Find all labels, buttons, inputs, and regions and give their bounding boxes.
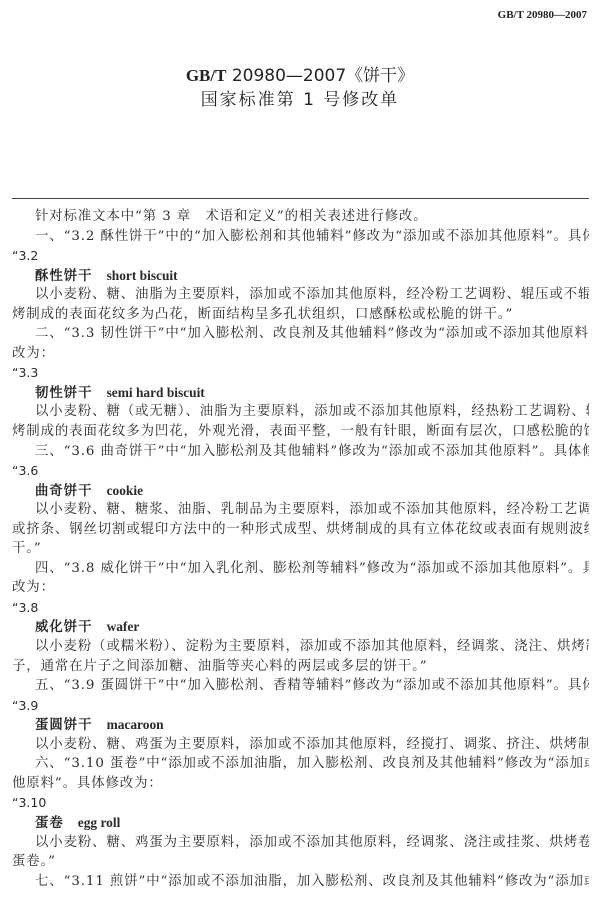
term-zh: 酥性饼干 xyxy=(35,269,93,284)
amendment-3-definition-line: 或挤条、钢丝切割或辊印方法中的一种形式成型、烘烤制成的具有立体花纹或表面有规则波… xyxy=(12,520,589,540)
amendment-1-clause: “3.2 xyxy=(12,246,589,266)
title-std-code: GB/T xyxy=(186,66,227,85)
amendment-6-instruction: 六、“3.10 蛋卷”中“添加或不添加油脂，加入膨松剂、改良剂及其他辅料”修改为… xyxy=(12,754,589,774)
amendment-3-term: 曲奇饼干cookie xyxy=(12,481,589,501)
term-en: wafer xyxy=(107,619,140,634)
amendment-3-clause: “3.6 xyxy=(12,461,589,481)
amendment-3-definition-line: 以小麦粉、糖、糖浆、油脂、乳制品为主要原料，添加或不添加其他原料，经冷粉工艺调粉… xyxy=(12,500,589,520)
term-en: egg roll xyxy=(78,815,121,830)
amendment-2-instruction-cont: 改为： xyxy=(12,344,589,364)
amendment-6-definition-line: 蛋卷。” xyxy=(12,852,589,872)
intro-paragraph: 针对标准文本中“第 3 章 术语和定义”的相关表述进行修改。 xyxy=(12,207,589,227)
term-en: cookie xyxy=(107,483,143,498)
term-zh: 威化饼干 xyxy=(35,620,93,635)
amendment-6-clause: “3.10 xyxy=(12,793,589,813)
amendment-4-instruction-cont: 改为： xyxy=(12,578,589,598)
term-en: semi hard biscuit xyxy=(107,385,205,400)
amendment-2-definition-line: 烤制成的表面花纹多为凹花，外观光滑，表面平整，一般有针眼，断面有层次，口感松脆的… xyxy=(12,422,589,442)
document-body: 针对标准文本中“第 3 章 术语和定义”的相关表述进行修改。 一、“3.2 酥性… xyxy=(12,207,589,891)
amendment-2-clause: “3.3 xyxy=(12,363,589,383)
amendment-6-instruction-cont: 他原料”。具体修改为： xyxy=(12,774,589,794)
amendment-7-instruction: 七、“3.11 煎饼”中“添加或不添加油脂，加入膨松剂、改良剂及其他辅料”修改为… xyxy=(12,872,589,892)
amendment-5-definition-line: 以小麦粉、糖、鸡蛋为主要原料，添加或不添加其他原料，经搅打、调浆、挤注、烘烤制成… xyxy=(12,735,589,755)
term-en: macaroon xyxy=(107,717,164,732)
amendment-6-definition-line: 以小麦粉、糖、鸡蛋为主要原料，添加或不添加其他原料，经调浆、浇注或挂浆、烘烤卷制… xyxy=(12,833,589,853)
amendment-2-definition-line: 以小麦粉、糖（或无糖）、油脂为主要原料，添加或不添加其他原料，经热粉工艺调粉、辊… xyxy=(12,402,589,422)
amendment-2-term: 韧性饼干semi hard biscuit xyxy=(12,383,589,403)
page-header-doc-code: GB/T 20980—2007 xyxy=(498,9,587,21)
amendment-5-instruction: 五、“3.9 蛋圆饼干”中“加入膨松剂、香精等辅料”修改为“添加或不添加其他原料… xyxy=(12,676,589,696)
term-zh: 蛋圆饼干 xyxy=(35,718,93,733)
amendment-4-term: 威化饼干wafer xyxy=(12,617,589,637)
amendment-5-term: 蛋圆饼干macaroon xyxy=(12,715,589,735)
amendment-1-definition-line: 以小麦粉、糖、油脂为主要原料，添加或不添加其他原料，经冷粉工艺调粉、辊压或不辊压… xyxy=(12,285,589,305)
title-std-rest: 20980—2007《饼干》 xyxy=(226,66,414,86)
amendment-3-instruction: 三、“3.6 曲奇饼干”中“加入膨松剂及其他辅料”修改为“添加或不添加其他原料”… xyxy=(12,442,589,462)
amendment-1-term: 酥性饼干short biscuit xyxy=(12,266,589,286)
header-divider xyxy=(12,198,589,199)
amendment-2-instruction: 二、“3.3 韧性饼干”中“加入膨松剂、改良剂及其他辅料”修改为“添加或不添加其… xyxy=(12,324,589,344)
amendment-6-term: 蛋卷egg roll xyxy=(12,813,589,833)
amendment-1-instruction: 一、“3.2 酥性饼干”中的“加入膨松剂和其他辅料”修改为“添加或不添加其他原料… xyxy=(12,227,589,247)
term-en: short biscuit xyxy=(107,268,178,283)
amendment-4-clause: “3.8 xyxy=(12,598,589,618)
term-zh: 韧性饼干 xyxy=(35,386,93,401)
amendment-4-definition-line: 子，通常在片子之间添加糖、油脂等夹心料的两层或多层的饼干。” xyxy=(12,657,589,677)
term-zh: 蛋卷 xyxy=(35,816,64,831)
amendment-1-definition-line: 烤制成的表面花纹多为凸花，断面结构呈多孔状组织，口感酥松或松脆的饼干。” xyxy=(12,305,589,325)
document-subtitle: 国家标准第 1 号修改单 xyxy=(0,88,600,112)
document-title: GB/T 20980—2007《饼干》 xyxy=(0,64,600,88)
title-block: GB/T 20980—2007《饼干》 国家标准第 1 号修改单 xyxy=(0,64,600,112)
term-zh: 曲奇饼干 xyxy=(35,484,93,499)
amendment-4-definition-line: 以小麦粉（或糯米粉）、淀粉为主要原料，添加或不添加其他原料，经调浆、浇注、烘烤制… xyxy=(12,637,589,657)
amendment-5-clause: “3.9 xyxy=(12,696,589,716)
amendment-3-definition-line: 干。” xyxy=(12,539,589,559)
amendment-4-instruction: 四、“3.8 威化饼干”中“加入乳化剂、膨松剂等辅料”修改为“添加或不添加其他原… xyxy=(12,559,589,579)
